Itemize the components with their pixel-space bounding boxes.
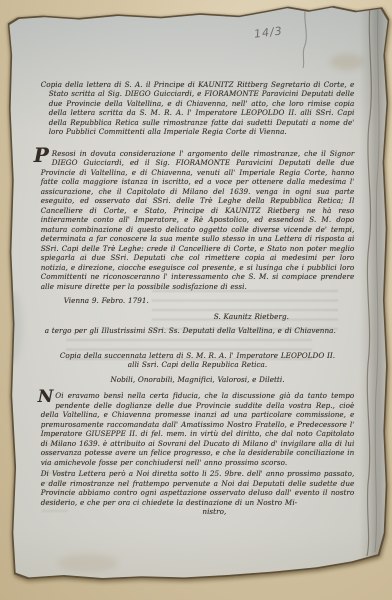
printed-text-block: Copia della lettera di S. A. il Principe… [41, 80, 355, 517]
drop-cap-initial-n: N [38, 390, 54, 404]
letter2-salutation: Nobili, Onorabili, Magnifici, Valorosi, … [41, 375, 355, 385]
letter1-address-note: a tergo per gli Illustrissimi SSri. Ss. … [45, 326, 355, 336]
letter1-body-text: Resosi in dovuta considerazione l' argom… [41, 149, 355, 291]
paper-shadow: 14/3 Copia della lettera di S. A. il Pri… [0, 0, 392, 600]
catchword: nistro, [41, 507, 355, 517]
photograph-of-document: 14/3 Copia della lettera di S. A. il Pri… [0, 0, 392, 600]
letter2-paragraph-2: Di Vostra Lettera però a Noi diretta sot… [41, 469, 355, 507]
letter2-paragraph-1: NOi eravamo bensì nella certa fiducia, c… [41, 391, 355, 467]
letter1-caption: Copia della lettera di S. A. il Principe… [41, 80, 355, 137]
letter1-signature: S. Kaunitz Rietberg. [214, 312, 355, 322]
letter2-body-text-1: Oi eravamo bensì nella certa fiducia, ch… [41, 391, 355, 467]
document-sheet: 14/3 Copia della lettera di S. A. il Pri… [2, 2, 391, 599]
document-sheet-edge: 14/3 Copia della lettera di S. A. il Pri… [0, 0, 392, 600]
letter1-paragraph: PResosi in dovuta considerazione l' argo… [41, 149, 355, 292]
letter1-dateline: Vienna 9. Febro. 1791. [64, 296, 355, 306]
drop-cap-initial-p: P [34, 147, 49, 163]
letter2-caption: Copia della succennata lettera di S. M. … [41, 351, 355, 370]
paper-crease-lines [350, 2, 390, 600]
paper-stain [4, 292, 22, 362]
paper-tear-mark-top [290, 2, 320, 72]
paper-stain [330, 54, 364, 70]
